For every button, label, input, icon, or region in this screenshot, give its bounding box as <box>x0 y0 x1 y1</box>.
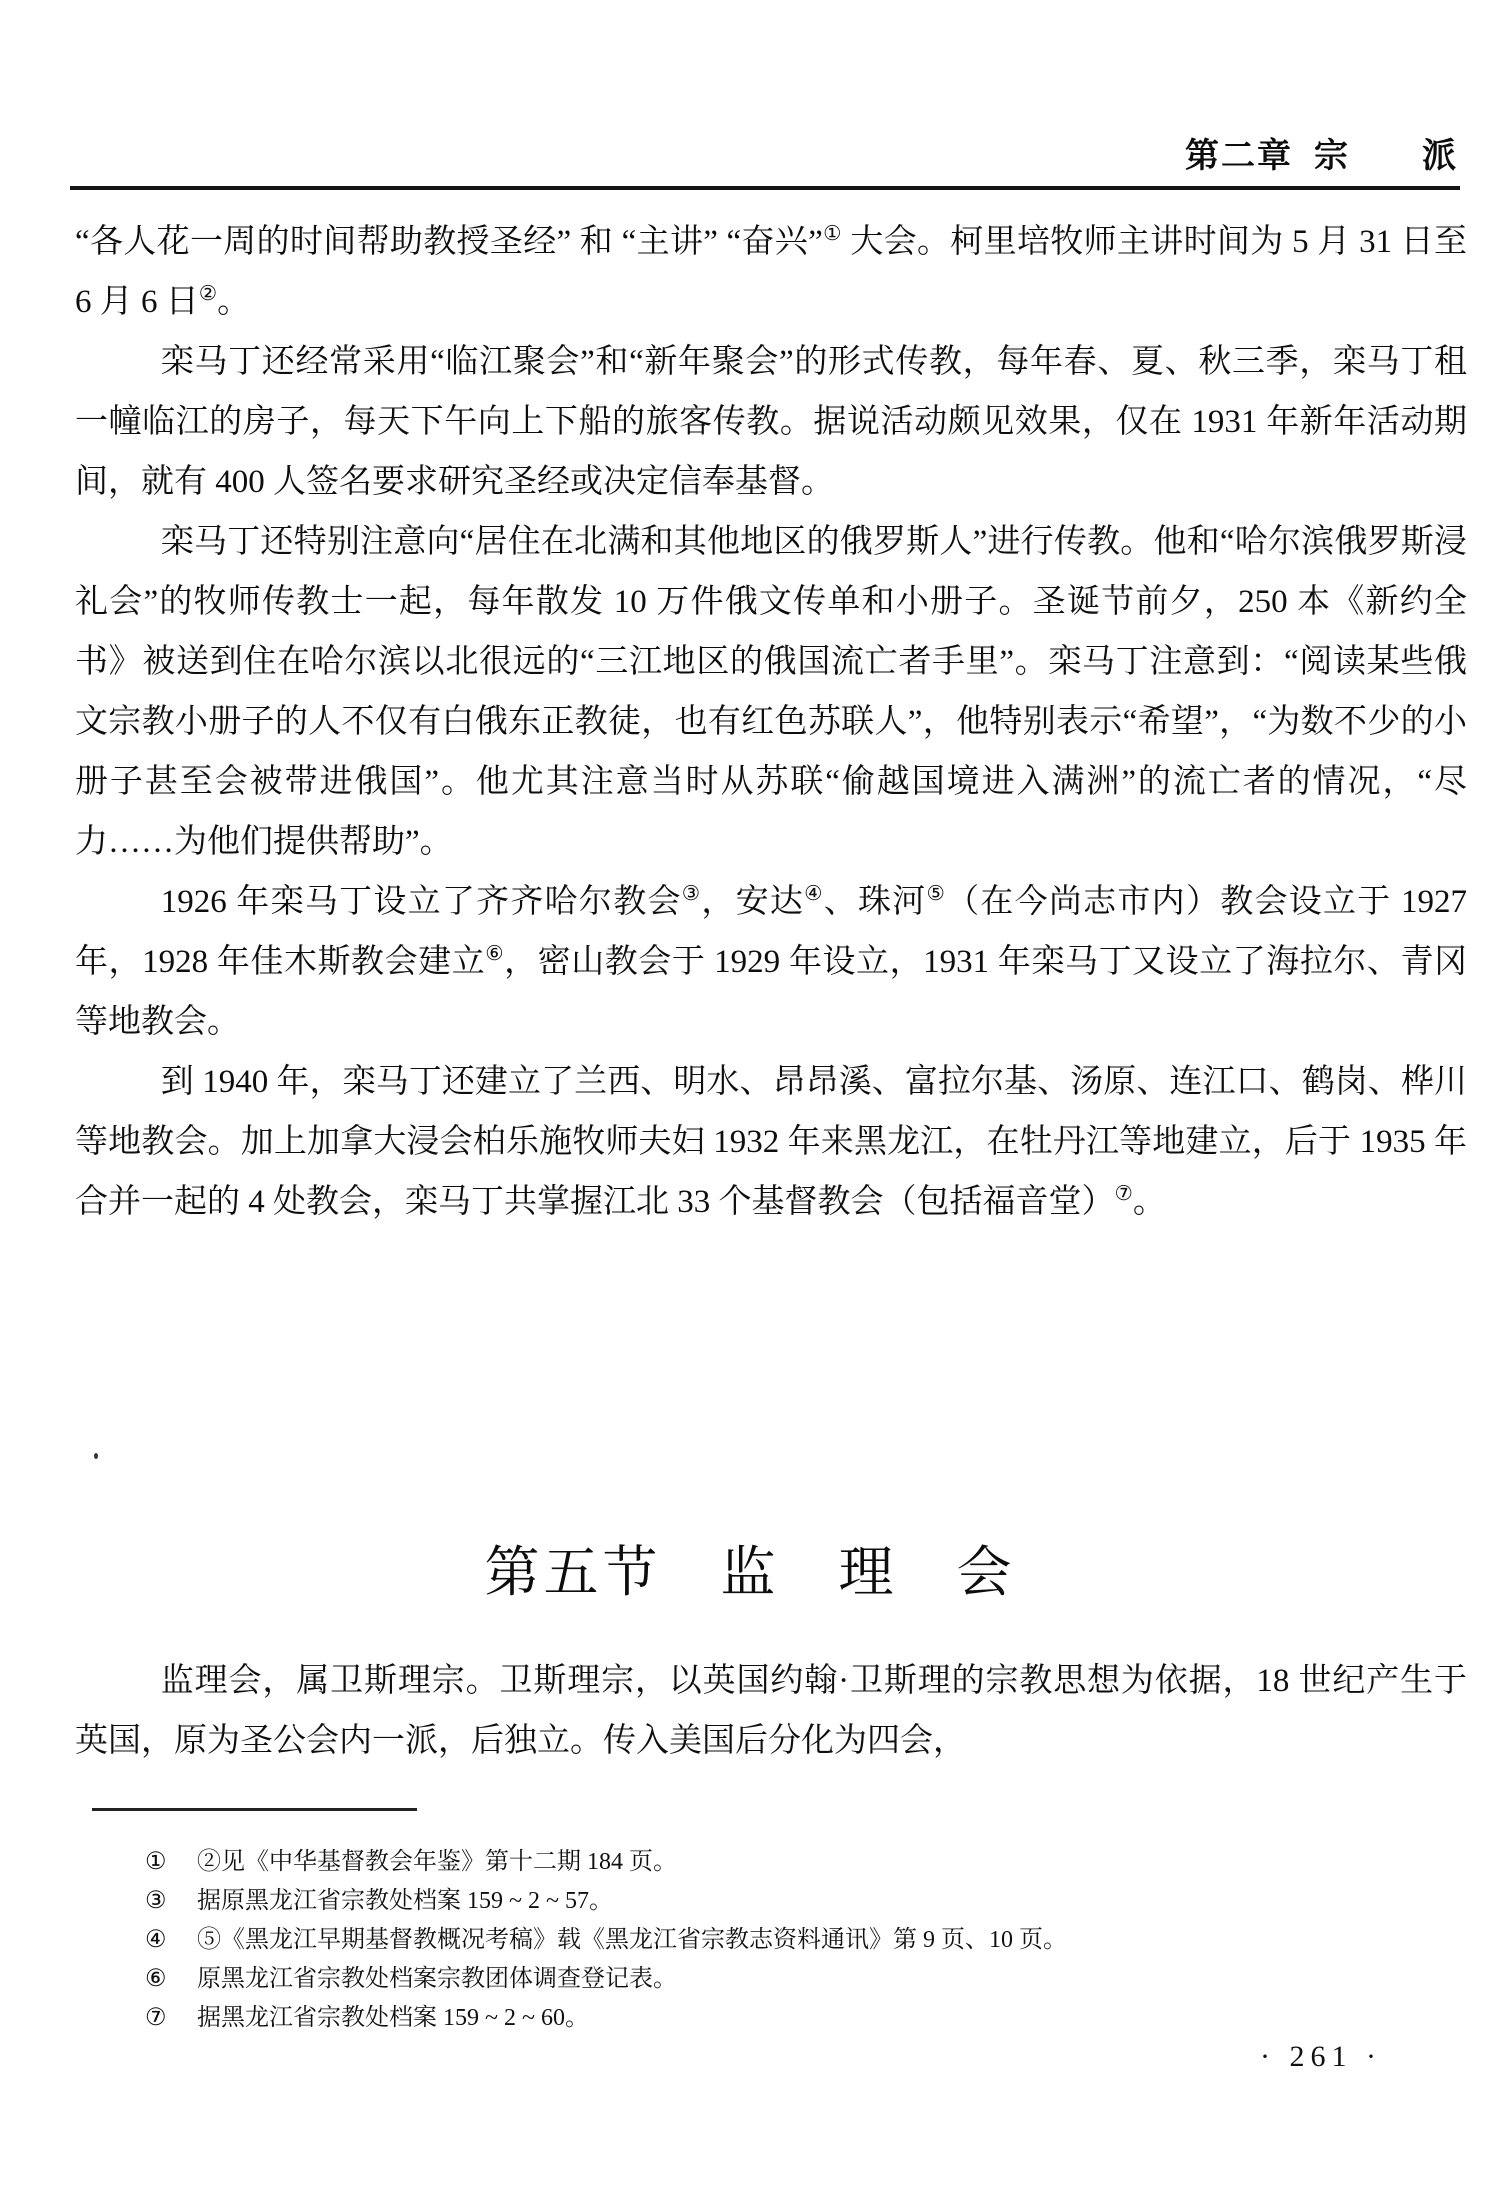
paragraph: 栾马丁还经常采用“临江聚会”和“新年聚会”的形式传教，每年春、夏、秋三季，栾马丁… <box>75 332 1467 512</box>
footnote-reference: ② <box>199 283 217 305</box>
footnote-reference: ③ <box>682 883 702 905</box>
footnote-marker: ③ <box>145 1882 197 1921</box>
paragraph: “各人花一周的时间帮助教授圣经” 和 “主讲” “奋兴”① 大会。柯里培牧师主讲… <box>75 212 1467 332</box>
footnote-marker: ④ <box>145 1921 197 1960</box>
footnote-reference: ① <box>823 223 842 245</box>
paragraph: 到 1940 年，栾马丁还建立了兰西、明水、昂昂溪、富拉尔基、汤原、连江口、鹤岗… <box>75 1052 1467 1232</box>
footnote-reference: ④ <box>804 883 824 905</box>
footnote: ⑦ 据黑龙江省宗教处档案 159 ~ 2 ~ 60。 <box>145 1999 1425 2038</box>
footnote: ③ 据原黑龙江省宗教处档案 159 ~ 2 ~ 57。 <box>145 1882 1425 1921</box>
footnote-rule <box>92 1808 417 1811</box>
footnote-reference: ⑥ <box>485 943 504 965</box>
footnote-text: ②见《中华基督教会年鉴》第十二期 184 页。 <box>197 1843 1425 1882</box>
header-rule <box>70 186 1460 190</box>
running-head-chapter-title: 第二章 宗 派 <box>1185 128 1458 177</box>
footnote-text: 原黑龙江省宗教处档案宗教团体调查登记表。 <box>197 1960 1425 1999</box>
footnote-text: 据黑龙江省宗教处档案 159 ~ 2 ~ 60。 <box>197 1999 1425 2038</box>
footnote-marker: ⑦ <box>145 1999 197 2038</box>
footnote: ① ②见《中华基督教会年鉴》第十二期 184 页。 <box>145 1843 1425 1882</box>
footnote-reference: ⑦ <box>1115 1183 1133 1205</box>
section-intro-block: 监理会，属卫斯理宗。卫斯理宗，以英国约翰·卫斯理的宗教思想为依据，18 世纪产生… <box>75 1651 1467 1771</box>
book-page: 第二章 宗 派 “各人花一周的时间帮助教授圣经” 和 “主讲” “奋兴”① 大会… <box>0 0 1500 2193</box>
scan-artifact-dot <box>94 1453 98 1459</box>
paragraph: 1926 年栾马丁设立了齐齐哈尔教会③，安达④、珠河⑤（在今尚志市内）教会设立于… <box>75 872 1467 1052</box>
section-heading: 第五节 监 理 会 <box>0 1528 1500 1607</box>
paragraph: 栾马丁还特别注意向“居住在北满和其他地区的俄罗斯人”进行传教。他和“哈尔滨俄罗斯… <box>75 512 1467 872</box>
footnotes-block: ① ②见《中华基督教会年鉴》第十二期 184 页。 ③ 据原黑龙江省宗教处档案 … <box>145 1843 1425 2038</box>
footnote-marker: ① <box>145 1843 197 1882</box>
footnote: ⑥ 原黑龙江省宗教处档案宗教团体调查登记表。 <box>145 1960 1425 1999</box>
footnote: ④ ⑤《黑龙江早期基督教概况考稿》载《黑龙江省宗教志资料通讯》第 9 页、10 … <box>145 1921 1425 1960</box>
footnote-text: 据原黑龙江省宗教处档案 159 ~ 2 ~ 57。 <box>197 1882 1425 1921</box>
page-number: · 261 · <box>1260 2040 1382 2074</box>
footnote-text: ⑤《黑龙江早期基督教概况考稿》载《黑龙江省宗教志资料通讯》第 9 页、10 页。 <box>197 1921 1425 1960</box>
footnote-marker: ⑥ <box>145 1960 197 1999</box>
paragraph: 监理会，属卫斯理宗。卫斯理宗，以英国约翰·卫斯理的宗教思想为依据，18 世纪产生… <box>75 1651 1467 1771</box>
footnote-reference: ⑤ <box>927 883 947 905</box>
main-text-block: “各人花一周的时间帮助教授圣经” 和 “主讲” “奋兴”① 大会。柯里培牧师主讲… <box>75 212 1467 1232</box>
